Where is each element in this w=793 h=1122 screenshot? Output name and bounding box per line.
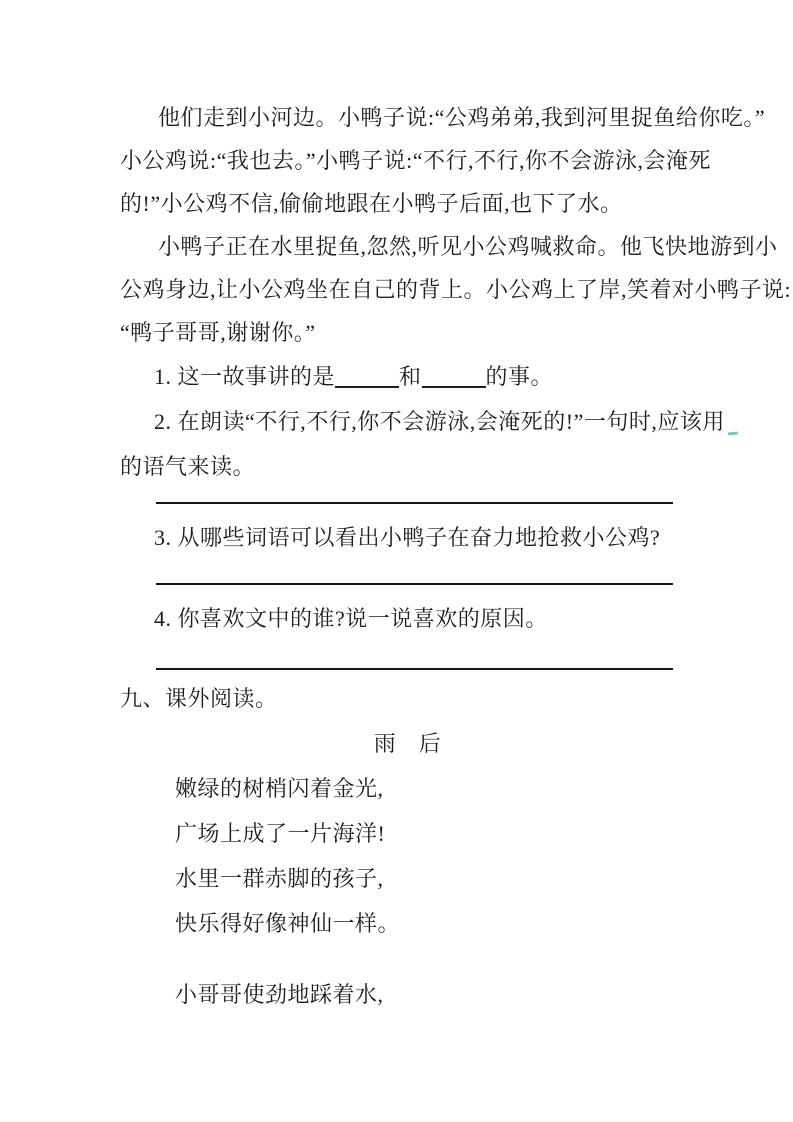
fill-in-blank-2 — [422, 368, 486, 388]
worksheet-page: 他们走到小河边。小鸭子说:“公鸡弟弟,我到河里捉鱼给你吃。” 小公鸡说:“我也去… — [0, 0, 793, 1122]
reading-passage: 他们走到小河边。小鸭子说:“公鸡弟弟,我到河里捉鱼给你吃。” 小公鸡说:“我也去… — [120, 96, 695, 354]
proofreading-squiggle-mark — [728, 431, 738, 435]
answer-rule-2 — [156, 583, 673, 585]
question-2-text: 2. 在朗读“不行,不行,你不会游泳,会淹死的!”一句时,应该用 — [154, 409, 725, 434]
answer-rule-3 — [156, 668, 673, 670]
question-2-line1: 2. 在朗读“不行,不行,你不会游泳,会淹死的!”一句时,应该用 — [120, 399, 695, 444]
passage-p1-line1: 他们走到小河边。小鸭子说:“公鸡弟弟,我到河里捉鱼给你吃。” — [120, 96, 695, 139]
question-1-text-middle: 和 — [399, 364, 422, 389]
poem: 雨 后 嫩绿的树梢闪着金光, 广场上成了一片海洋! 水里一群赤脚的孩子, 快乐得… — [120, 721, 695, 1017]
passage-p2-line1: 小鸭子正在水里捉鱼,忽然,听见小公鸡喊救命。他飞快地游到小 — [120, 225, 695, 268]
question-1-text-end: 的事。 — [486, 364, 554, 389]
question-1: 1. 这一故事讲的是和的事。 — [120, 354, 695, 399]
answer-rule-1 — [156, 502, 673, 504]
poem-stanza2-line1: 小哥哥使劲地踩着水, — [120, 972, 695, 1017]
passage-p1-line3: 的!”小公鸡不信,偷偷地跟在小鸭子后面,也下了水。 — [120, 182, 695, 225]
question-1-text-start: 1. 这一故事讲的是 — [154, 364, 335, 389]
question-3: 3. 从哪些词语可以看出小鸭子在奋力地抢救小公鸡? — [120, 515, 695, 560]
question-2-line2: 的语气来读。 — [120, 444, 695, 489]
poem-stanza1-line4: 快乐得好像神仙一样。 — [120, 901, 695, 946]
passage-p2-line3: “鸭子哥哥,谢谢你。” — [120, 311, 695, 354]
question-4: 4. 你喜欢文中的谁?说一说喜欢的原因。 — [120, 596, 695, 641]
section-heading-extracurricular-reading: 九、课外阅读。 — [120, 676, 695, 721]
poem-stanza1-line2: 广场上成了一片海洋! — [120, 811, 695, 856]
fill-in-blank-1 — [335, 368, 399, 388]
passage-p1-line2: 小公鸡说:“我也去。”小鸭子说:“不行,不行,你不会游泳,会淹死 — [120, 139, 695, 182]
poem-stanza1-line3: 水里一群赤脚的孩子, — [120, 856, 695, 901]
poem-stanza1-line1: 嫩绿的树梢闪着金光, — [120, 766, 695, 811]
poem-title: 雨 后 — [120, 721, 695, 766]
passage-p2-line2: 公鸡身边,让小公鸡坐在自己的背上。小公鸡上了岸,笑着对小鸭子说: — [120, 268, 695, 311]
